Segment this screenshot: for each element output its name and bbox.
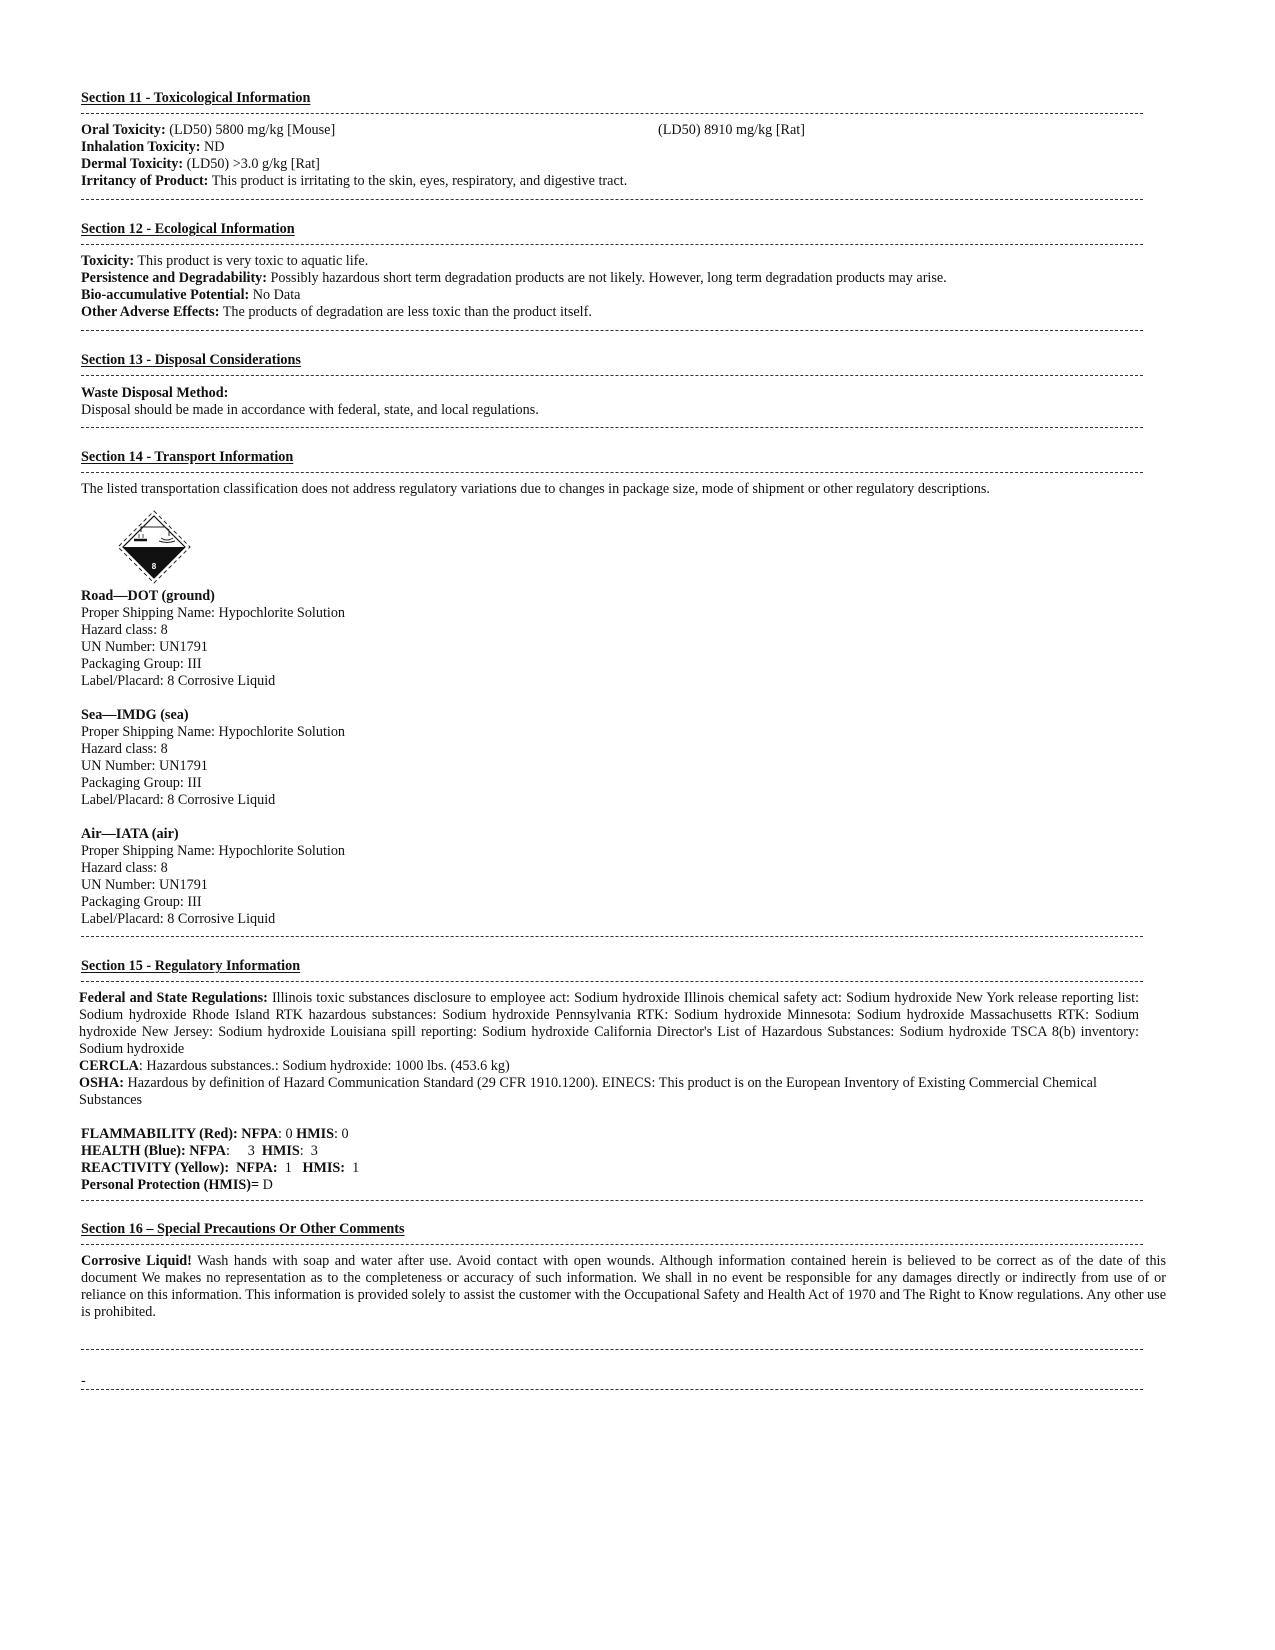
corrosive-placard-icon: 8 — [117, 510, 191, 584]
persistence-value: Possibly hazardous short term degradatio… — [271, 270, 947, 286]
air-packaging-group: Packaging Group: III — [81, 894, 202, 911]
adverse-effects-value: The products of degradation are less tox… — [223, 304, 592, 320]
special-precautions-body: Wash hands with soap and water after use… — [81, 1253, 1166, 1320]
air-label-placard: Label/Placard: 8 Corrosive Liquid — [81, 911, 275, 928]
divider — [81, 1200, 1143, 1201]
flammability-hmis-label: HMIS — [296, 1126, 334, 1142]
eco-toxicity-value: This product is very toxic to aquatic li… — [137, 253, 368, 269]
personal-protection-value: D — [259, 1177, 273, 1193]
eco-toxicity-row: Toxicity: This product is very toxic to … — [81, 253, 368, 270]
flammability-rating: FLAMMABILITY (Red): NFPA: 0 HMIS: 0 — [81, 1126, 349, 1143]
sea-shipping-name: Proper Shipping Name: Hypochlorite Solut… — [81, 724, 345, 741]
personal-protection-label: Personal Protection (HMIS)= — [81, 1177, 259, 1193]
air-un-number: UN Number: UN1791 — [81, 877, 208, 894]
health-nfpa-value: : 3 — [226, 1143, 258, 1159]
placard-class-number: 8 — [152, 562, 157, 571]
osha-row: OSHA: Hazardous by definition of Hazard … — [79, 1075, 1139, 1109]
oral-toxicity-value-mouse: (LD50) 5800 mg/kg [Mouse] — [169, 122, 335, 138]
irritancy-label: Irritancy of Product: — [81, 173, 208, 189]
adverse-effects-row: Other Adverse Effects: The products of d… — [81, 304, 592, 321]
air-hazard-class: Hazard class: 8 — [81, 860, 168, 877]
dermal-toxicity-label: Dermal Toxicity: — [81, 156, 183, 172]
federal-state-label: Federal and State Regulations: — [79, 990, 268, 1006]
road-un-number: UN Number: UN1791 — [81, 639, 208, 656]
persistence-label: Persistence and Degradability: — [81, 270, 267, 286]
dermal-toxicity-row: Dermal Toxicity: (LD50) >3.0 g/kg [Rat] — [81, 156, 320, 173]
waste-disposal-value: Disposal should be made in accordance wi… — [81, 402, 539, 419]
divider — [81, 1349, 1143, 1350]
road-label-placard: Label/Placard: 8 Corrosive Liquid — [81, 673, 275, 690]
sea-un-number: UN Number: UN1791 — [81, 758, 208, 775]
road-packaging-group: Packaging Group: III — [81, 656, 202, 673]
oral-toxicity-value-rat: (LD50) 8910 mg/kg [Rat] — [658, 122, 805, 139]
special-precautions-lead: Corrosive Liquid! — [81, 1253, 192, 1269]
persistence-row: Persistence and Degradability: Possibly … — [81, 270, 947, 287]
sea-packaging-group: Packaging Group: III — [81, 775, 202, 792]
transport-mode-sea-title: Sea—IMDG (sea) — [81, 707, 189, 724]
irritancy-value: This product is irritating to the skin, … — [212, 173, 628, 189]
road-shipping-name: Proper Shipping Name: Hypochlorite Solut… — [81, 605, 345, 622]
waste-disposal-label: Waste Disposal Method: — [81, 385, 228, 402]
eco-toxicity-label: Toxicity: — [81, 253, 134, 269]
health-label: HEALTH (Blue): NFPA — [81, 1143, 226, 1159]
dermal-toxicity-value: (LD50) >3.0 g/kg [Rat] — [187, 156, 320, 172]
divider — [81, 244, 1143, 245]
section-11-heading: Section 11 - Toxicological Information — [81, 90, 310, 107]
flammability-hmis-value: : 0 — [334, 1126, 349, 1142]
divider — [81, 113, 1143, 114]
divider — [81, 199, 1143, 200]
reactivity-hmis-label: HMIS: — [302, 1160, 345, 1176]
special-precautions-text: Corrosive Liquid! Wash hands with soap a… — [81, 1253, 1166, 1321]
personal-protection-rating: Personal Protection (HMIS)= D — [81, 1177, 273, 1194]
section-16-heading: Section 16 – Special Precautions Or Othe… — [81, 1221, 405, 1238]
divider — [81, 427, 1143, 428]
bioaccumulation-row: Bio-accumulative Potential: No Data — [81, 287, 300, 304]
flammability-nfpa-value: : 0 — [278, 1126, 296, 1142]
bioaccumulation-value: No Data — [253, 287, 301, 303]
oral-toxicity-row: Oral Toxicity: (LD50) 5800 mg/kg [Mouse] — [81, 122, 335, 139]
divider — [81, 1244, 1143, 1245]
irritancy-row: Irritancy of Product: This product is ir… — [81, 173, 627, 190]
reactivity-hmis-value: 1 — [345, 1160, 359, 1176]
reactivity-rating: REACTIVITY (Yellow): NFPA: 1 HMIS: 1 — [81, 1160, 359, 1177]
reactivity-label: REACTIVITY (Yellow): NFPA: — [81, 1160, 278, 1176]
cercla-row: CERCLA: Hazardous substances.: Sodium hy… — [79, 1058, 510, 1075]
health-rating: HEALTH (Blue): NFPA: 3 HMIS: 3 — [81, 1143, 318, 1160]
inhalation-toxicity-label: Inhalation Toxicity: — [81, 139, 200, 155]
divider — [81, 1389, 1143, 1390]
divider — [81, 375, 1143, 376]
section-12-heading: Section 12 - Ecological Information — [81, 221, 295, 238]
transport-mode-road-title: Road—DOT (ground) — [81, 588, 215, 605]
health-hmis-label: HMIS — [262, 1143, 300, 1159]
footer-dash-mark: - — [81, 1373, 86, 1390]
transport-intro: The listed transportation classification… — [81, 481, 990, 498]
cercla-label: CERCLA — [79, 1058, 139, 1074]
divider — [81, 936, 1143, 937]
bioaccumulation-label: Bio-accumulative Potential: — [81, 287, 249, 303]
transport-mode-air-title: Air—IATA (air) — [81, 826, 179, 843]
section-15-heading: Section 15 - Regulatory Information — [81, 958, 300, 975]
divider — [81, 981, 1143, 982]
air-shipping-name: Proper Shipping Name: Hypochlorite Solut… — [81, 843, 345, 860]
reactivity-nfpa-value: 1 — [278, 1160, 299, 1176]
sea-label-placard: Label/Placard: 8 Corrosive Liquid — [81, 792, 275, 809]
section-13-heading: Section 13 - Disposal Considerations — [81, 352, 301, 369]
osha-label: OSHA: — [79, 1075, 124, 1091]
section-14-heading: Section 14 - Transport Information — [81, 449, 293, 466]
oral-toxicity-label: Oral Toxicity: — [81, 122, 166, 138]
adverse-effects-label: Other Adverse Effects: — [81, 304, 219, 320]
flammability-label: FLAMMABILITY (Red): NFPA — [81, 1126, 278, 1142]
osha-value: Hazardous by definition of Hazard Commun… — [79, 1075, 1097, 1108]
divider — [81, 330, 1143, 331]
divider — [81, 472, 1143, 473]
health-hmis-value: : 3 — [300, 1143, 318, 1159]
federal-state-regulations: Federal and State Regulations: Illinois … — [79, 990, 1139, 1058]
waste-disposal-label-text: Waste Disposal Method: — [81, 385, 228, 401]
sea-hazard-class: Hazard class: 8 — [81, 741, 168, 758]
inhalation-toxicity-value: ND — [204, 139, 225, 155]
cercla-value: : Hazardous substances.: Sodium hydroxid… — [139, 1058, 510, 1074]
road-hazard-class: Hazard class: 8 — [81, 622, 168, 639]
inhalation-toxicity-row: Inhalation Toxicity: ND — [81, 139, 225, 156]
